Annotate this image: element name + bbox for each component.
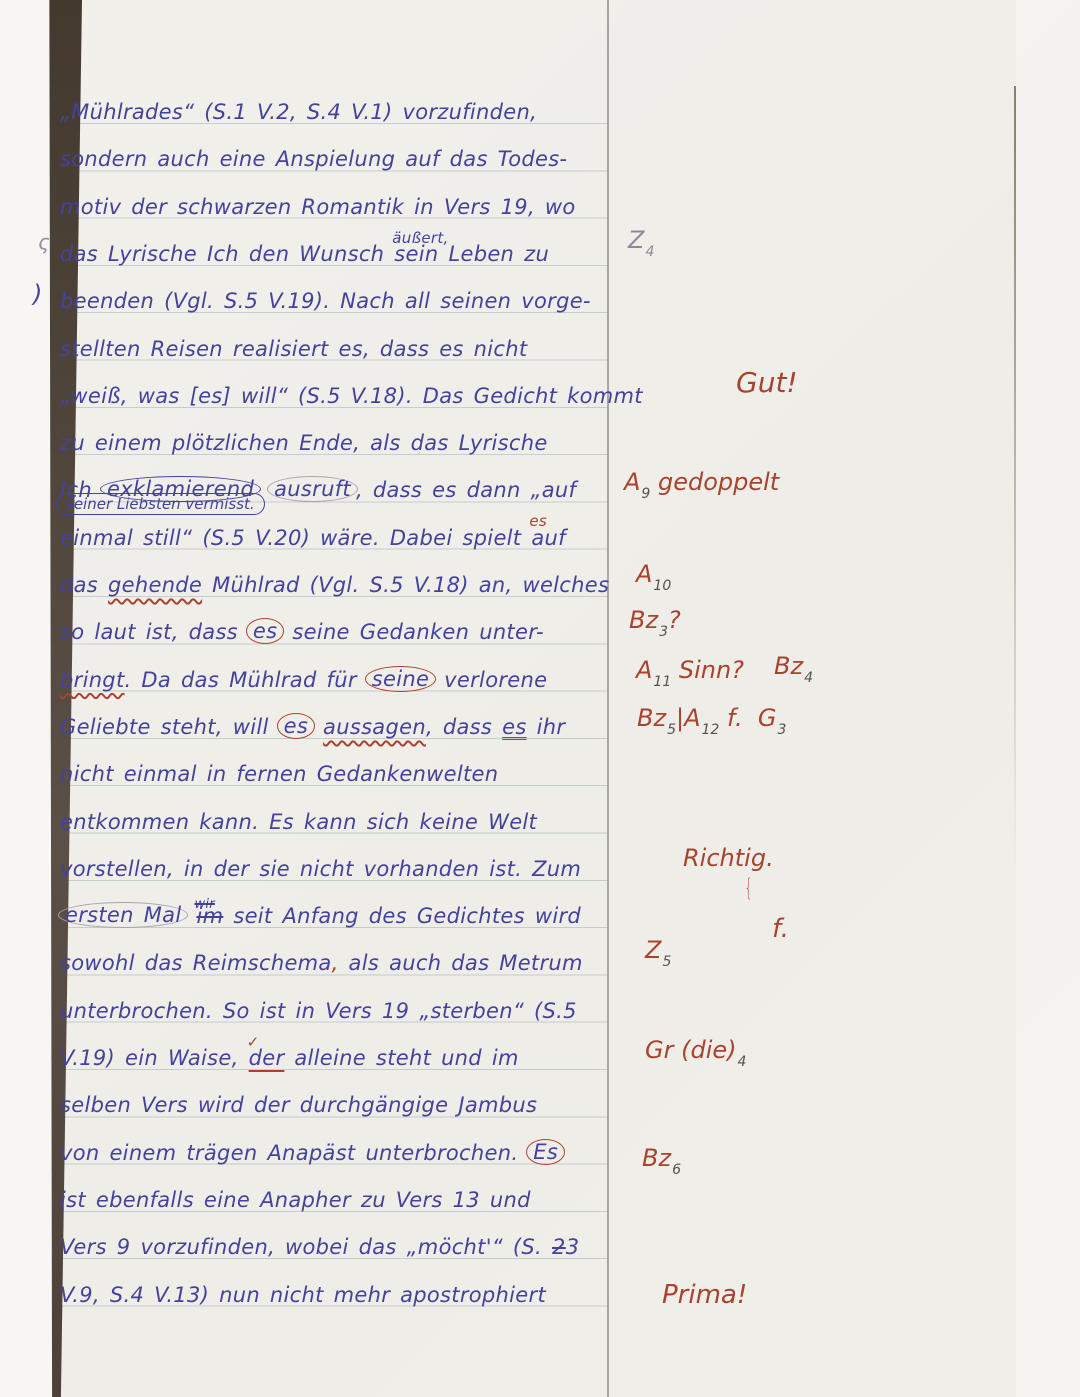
teacher-margin-annotation: A11 Sinn? xyxy=(636,656,744,684)
notebook-photo: „Mühlrades“ (S.1 V.2, S.4 V.1) vorzufind… xyxy=(0,0,1080,1397)
teacher-margin-annotation: Prima! xyxy=(662,1280,747,1310)
handwriting-line: beenden (Vgl. S.5 V.19). Nach all seinen… xyxy=(60,267,591,313)
handwriting-line: stellten Reisen realisiert es, dass es n… xyxy=(60,315,527,361)
teacher-margin-annotation: f. xyxy=(772,914,789,944)
handwriting-line: unterbrochen. So ist in Vers 19 „sterben… xyxy=(60,977,577,1023)
teacher-margin-annotation: { xyxy=(745,876,752,900)
teacher-margin-annotation: Gr (die)4 xyxy=(645,1036,746,1064)
teacher-margin-annotation: A9 gedoppelt xyxy=(624,468,779,496)
handwriting-line: Vers 9 vorzufinden, wobei das „möcht'“ (… xyxy=(60,1213,579,1259)
handwriting-line: V.19) ein Waise, der✓ alleine steht und … xyxy=(60,1024,519,1070)
teacher-margin-annotation: Bz4 xyxy=(774,652,813,680)
handwriting-line: das gehende Mühlrad (Vgl. S.5 V.18) an, … xyxy=(60,551,609,597)
handwriting-line: zu einem plötzlichen Ende, als das Lyris… xyxy=(60,409,548,455)
teacher-margin-annotation: Bz5|A12 f. G3 xyxy=(637,704,786,732)
inserted-handwriting: ς xyxy=(38,230,50,254)
teacher-margin-annotation: Bz6 xyxy=(642,1144,681,1172)
handwriting-line: V.9, S.4 V.13) nun nicht mehr apostrophi… xyxy=(60,1261,546,1307)
inserted-handwriting: seiner Liebsten vermisst. xyxy=(56,493,265,515)
handwriting-line: ersten Mal imwir seit Anfang des Gedicht… xyxy=(60,882,581,928)
handwriting-line: nicht einmal in fernen Gedankenwelten xyxy=(60,740,498,786)
handwriting-line: so laut ist, dass es seine Gedanken unte… xyxy=(60,598,544,644)
underlying-page-strip xyxy=(0,0,54,1397)
handwriting-line: das Lyrische Ich den Wunsch seinäußert, … xyxy=(60,220,549,266)
handwriting-line: motiv der schwarzen Romantik in Vers 19,… xyxy=(60,173,576,219)
handwriting-line: entkommen kann. Es kann sich keine Welt xyxy=(60,788,537,834)
handwriting-line: ist ebenfalls eine Anapher zu Vers 13 un… xyxy=(60,1166,531,1212)
handwriting-line: sowohl das Reimschema, als auch das Metr… xyxy=(60,929,583,975)
handwriting-line: bringt. Da das Mühlrad für seine verlore… xyxy=(60,646,547,692)
handwriting-line: Geliebte steht, will es aussagen, dass e… xyxy=(60,693,565,739)
handwriting-line: „weiß, was [es] will“ (S.5 V.18). Das Ge… xyxy=(60,362,643,408)
teacher-margin-annotation: A10 xyxy=(636,560,671,588)
handwriting-line: selben Vers wird der durchgängige Jambus xyxy=(60,1071,537,1117)
handwriting-line: sondern auch eine Anspielung auf das Tod… xyxy=(60,125,567,171)
teacher-margin-annotation: Richtig. xyxy=(683,844,774,872)
handwriting-line: von einem trägen Anapäst unterbrochen. E… xyxy=(60,1119,563,1165)
handwriting-line: „Mühlrades“ (S.1 V.2, S.4 V.1) vorzufind… xyxy=(60,78,537,124)
inserted-handwriting: ) xyxy=(33,280,42,308)
teacher-margin-annotation: Z5 xyxy=(645,936,671,964)
teacher-margin-annotation: Z4 xyxy=(628,226,654,254)
handwriting-line: vorstellen, in der sie nicht vorhanden i… xyxy=(60,835,581,881)
page-right-margin-area xyxy=(1016,0,1080,1397)
teacher-margin-annotation: Bz3? xyxy=(629,606,681,634)
margin-rule-line xyxy=(607,0,609,1397)
teacher-margin-annotation: Gut! xyxy=(736,366,798,399)
